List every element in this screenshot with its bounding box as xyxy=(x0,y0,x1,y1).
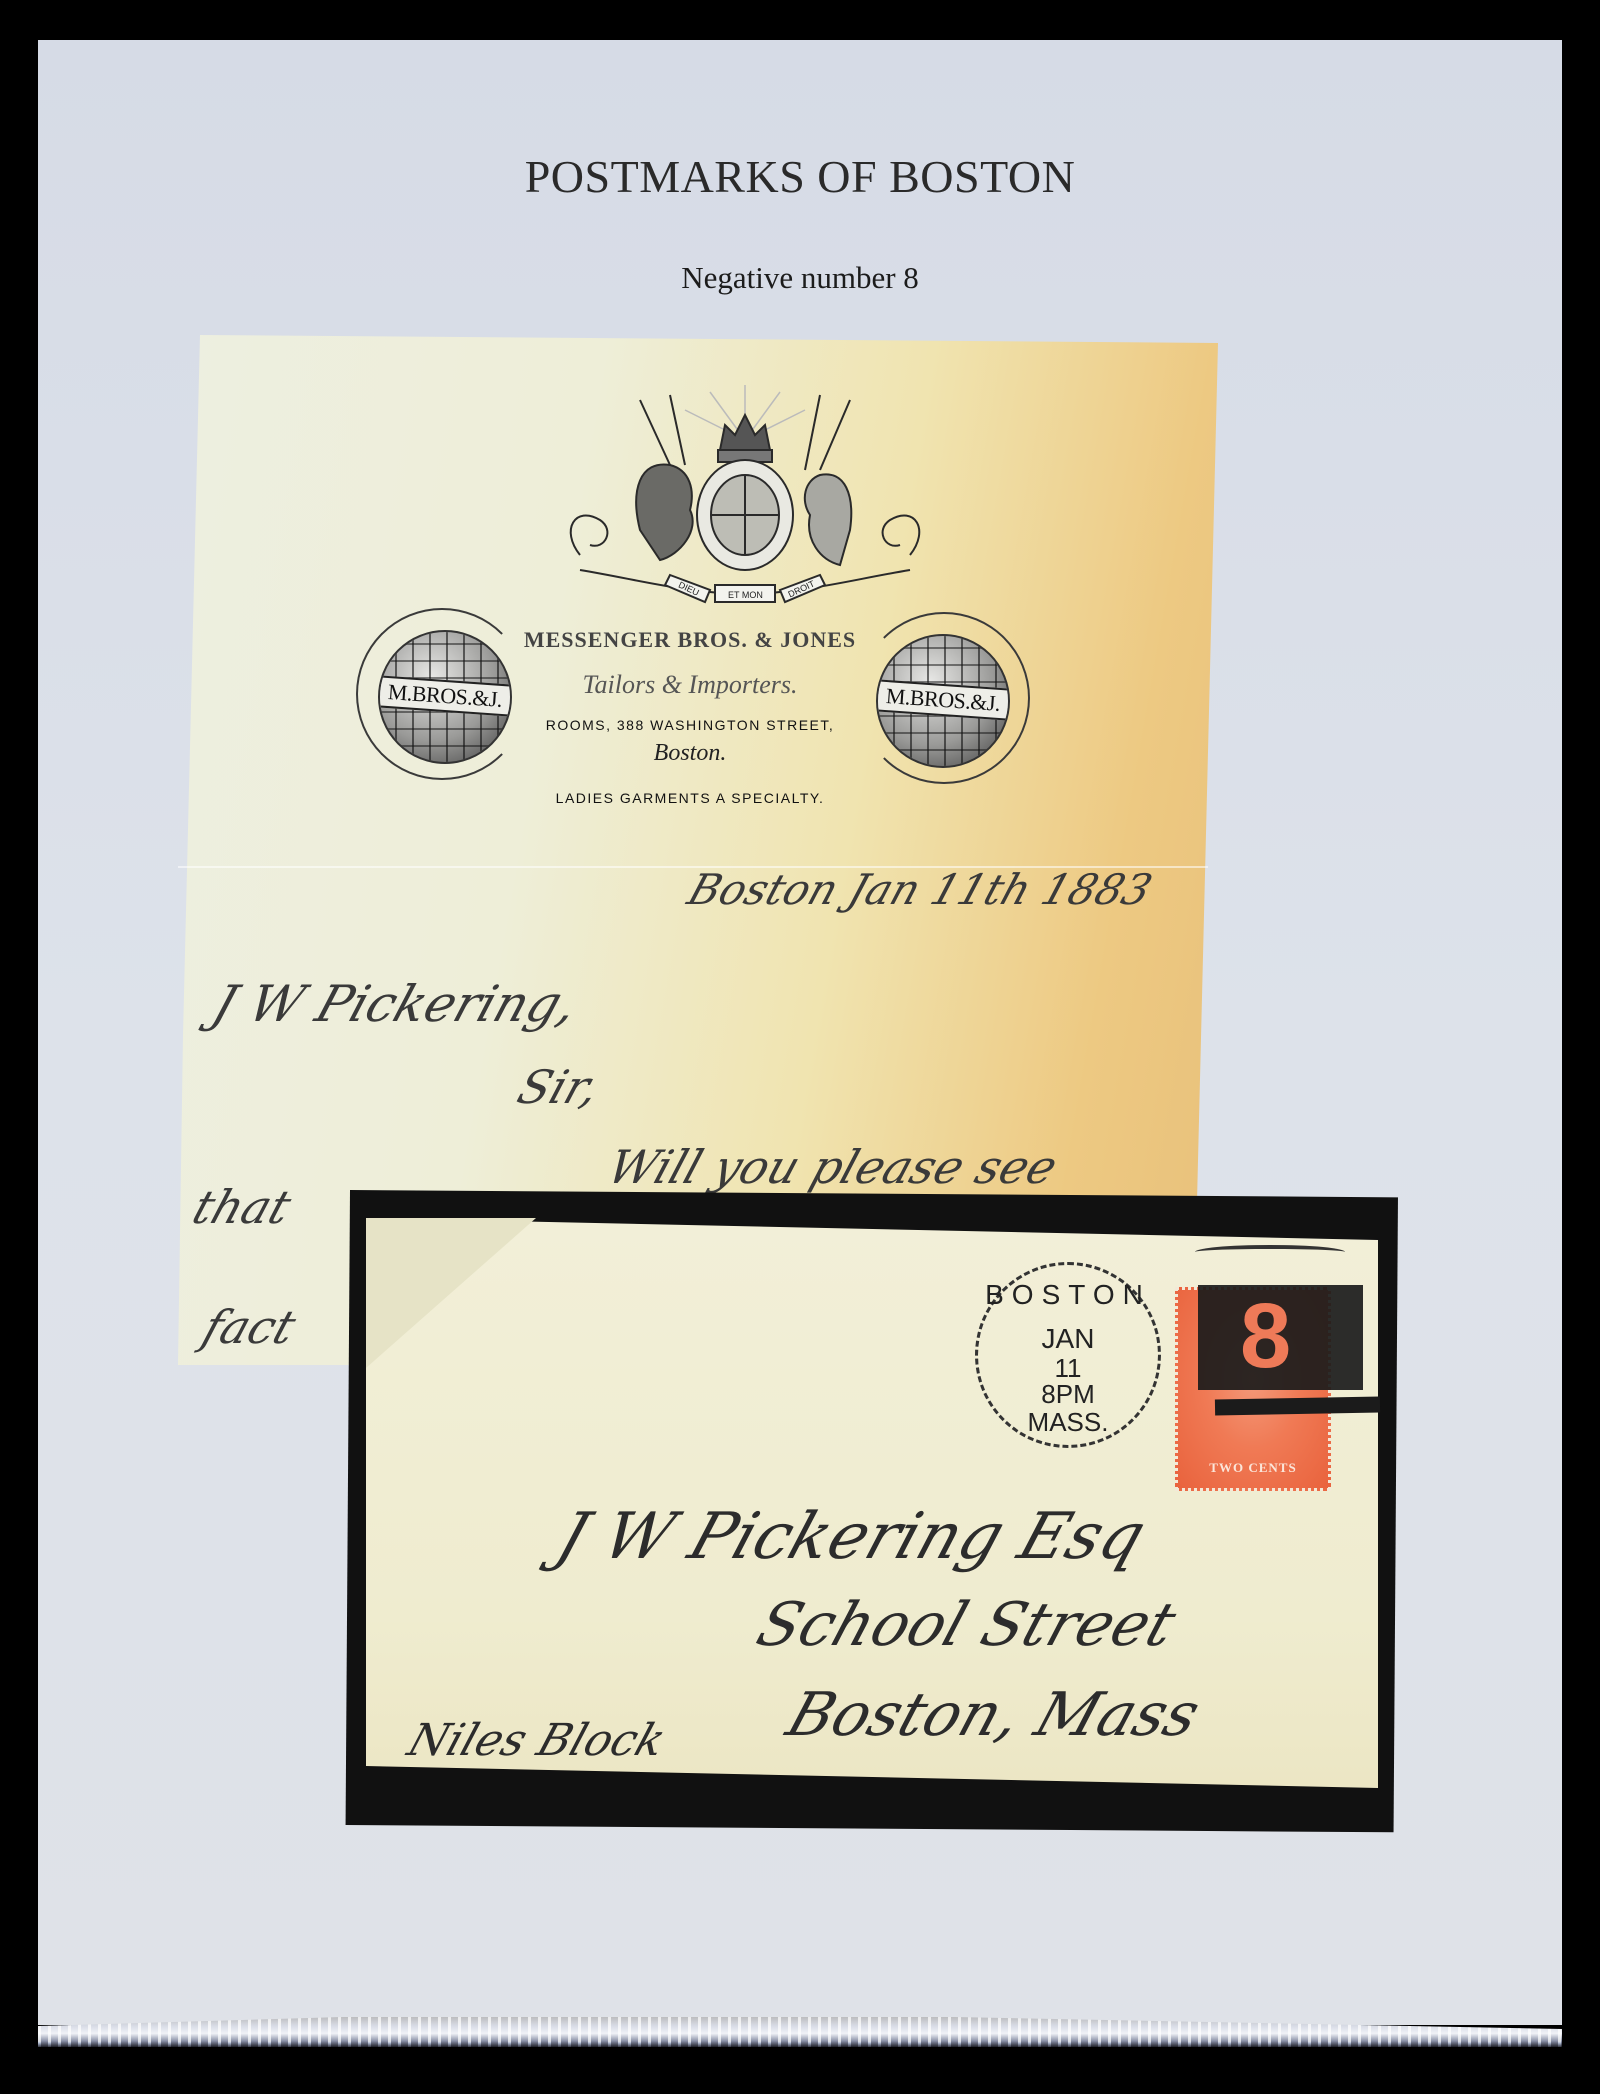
postmark-month: JAN xyxy=(978,1323,1158,1355)
cover-note: Niles Block xyxy=(402,1715,672,1766)
company-address: ROOMS, 388 WASHINGTON STREET, xyxy=(520,717,860,733)
page-title: POSTMARKS OF BOSTON xyxy=(0,150,1600,203)
globe-label-right: M.BROS.&J. xyxy=(876,679,1010,721)
letter-addressee: J W Pickering, xyxy=(206,975,586,1033)
company-trade: Tailors & Importers. xyxy=(520,670,860,700)
cover-address-line-2: School Street xyxy=(749,1590,1185,1660)
letter-body-line-3: fact xyxy=(196,1300,302,1354)
stamp-denomination: TWO CENTS xyxy=(1178,1460,1328,1476)
company-specialty: LADIES GARMENTS A SPECIALTY. xyxy=(520,790,860,806)
globe-label-left: M.BROS.&J. xyxy=(378,675,512,717)
postmark-time: 8PM xyxy=(978,1379,1158,1410)
company-name: MESSENGER BROS. & JONES xyxy=(490,627,890,653)
postmark-town: BOSTON xyxy=(978,1279,1158,1311)
royal-coat-of-arms-icon: DIEU ET MON DROIT xyxy=(520,380,970,610)
cover-address-line-1: J W Pickering Esq xyxy=(548,1500,1154,1574)
postmark-state: MASS. xyxy=(978,1407,1158,1438)
cancel-squiggle xyxy=(1195,1245,1345,1259)
boston-postmark: BOSTON JAN 11 8PM MASS. xyxy=(975,1262,1161,1448)
cancel-bar xyxy=(1215,1397,1380,1416)
cover-address-line-3: Boston, Mass xyxy=(779,1680,1209,1750)
letter-body-line-2: that xyxy=(186,1180,298,1234)
svg-text:ET MON: ET MON xyxy=(728,590,763,600)
page-subtitle: Negative number 8 xyxy=(0,260,1600,296)
company-city: Boston. xyxy=(520,740,860,767)
letter-dateline: Boston Jan 11th 1883 xyxy=(682,865,1158,914)
cancel-numeral: 8 xyxy=(1240,1286,1291,1386)
globe-icon-right: M.BROS.&J. xyxy=(876,634,1010,768)
letter-body-line-1: Will you please see xyxy=(601,1140,1064,1194)
